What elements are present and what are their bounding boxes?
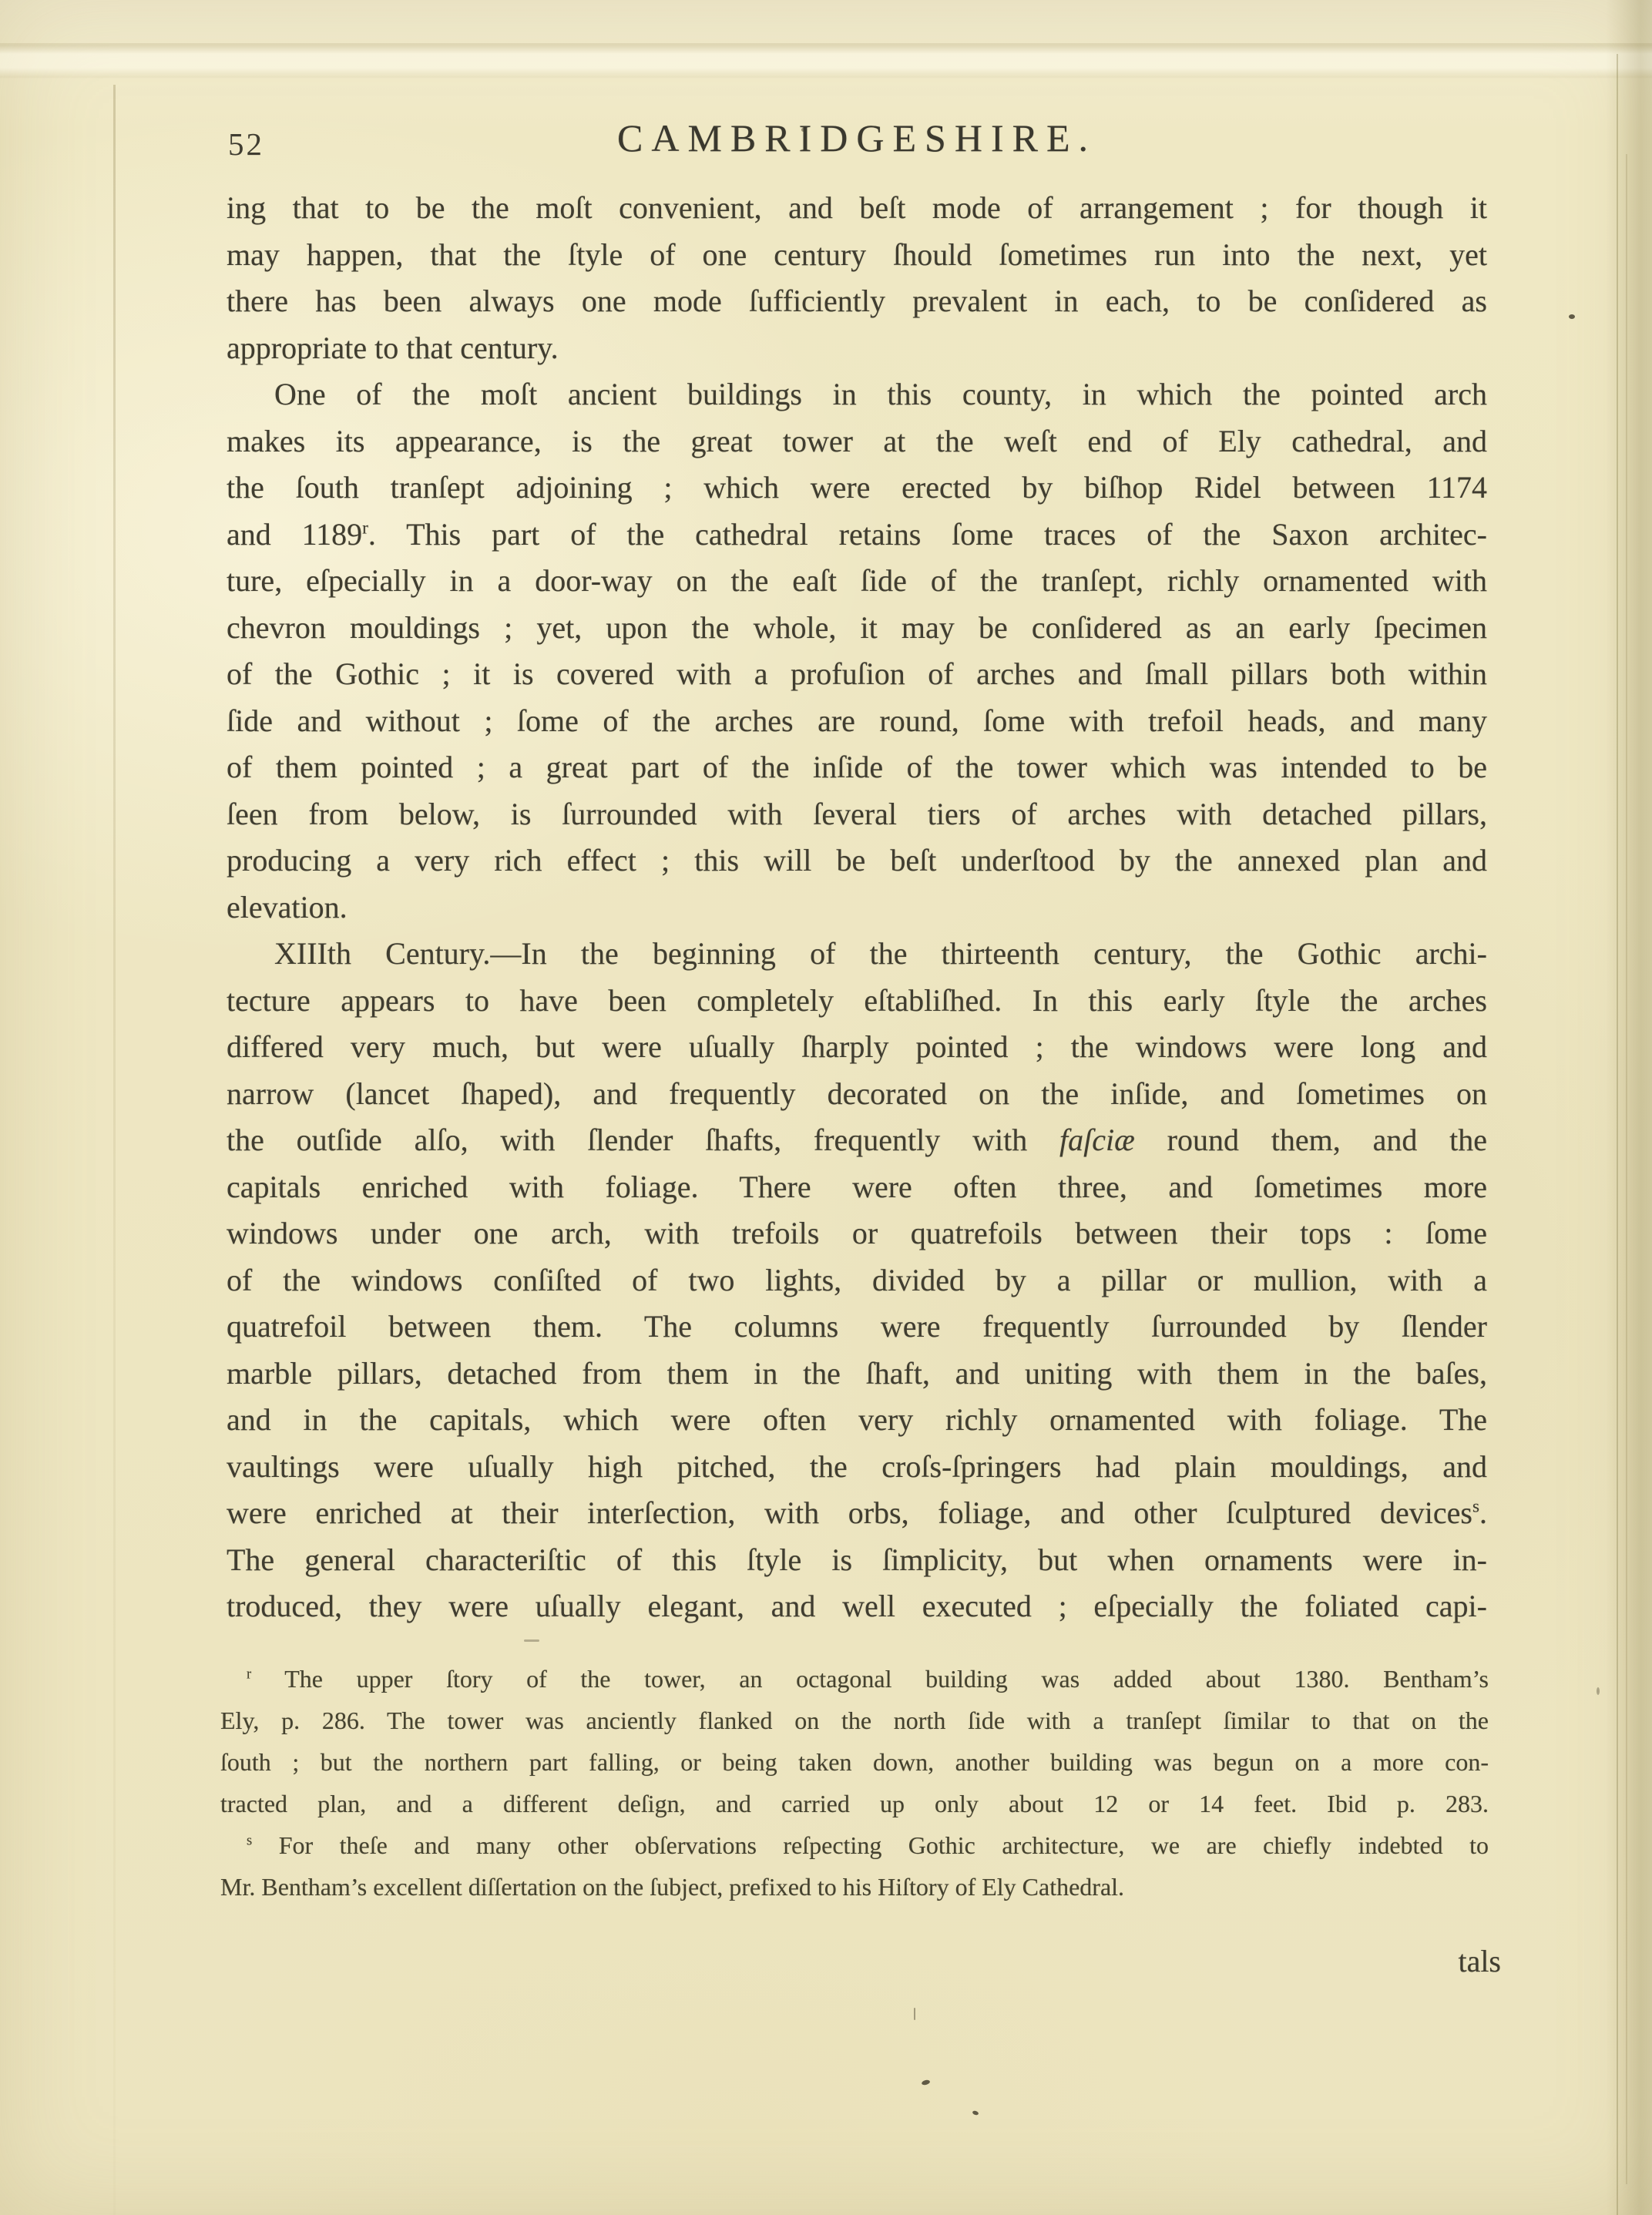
footnote: s For theſe and many other obſervations … <box>220 1824 1489 1908</box>
body-line: quatrefoil between them. The columns wer… <box>227 1304 1487 1351</box>
ink-speck <box>921 2079 930 2086</box>
body-line: ſeen from below, is ſurrounded with ſeve… <box>227 791 1487 838</box>
ink-speck <box>972 2110 979 2116</box>
footnote: r The upper ſtory of the tower, an octag… <box>220 1658 1489 1824</box>
footnotes: r The upper ſtory of the tower, an octag… <box>220 1658 1489 1908</box>
body-line: of the Gothic ; it is covered with a pro… <box>227 651 1487 698</box>
scan-crease-vertical <box>113 85 116 2215</box>
scan-edge-line <box>1626 154 1627 2184</box>
body-line: the ſouth tranſept adjoining ; which wer… <box>227 465 1487 512</box>
body-line: XIIIth Century.—In the beginning of the … <box>227 931 1487 978</box>
footnote-line: Ely, p. 286. The tower was anciently fla… <box>220 1700 1489 1741</box>
body-line: appropriate to that century. <box>227 325 1487 372</box>
footnote-line: r The upper ſtory of the tower, an octag… <box>220 1658 1489 1700</box>
paragraph: ing that to be the moſt convenient, and … <box>227 185 1487 371</box>
scan-edge-shadow <box>1606 0 1652 2215</box>
body-line: One of the moſt ancient buildings in thi… <box>227 371 1487 418</box>
ink-speck <box>1597 1687 1600 1695</box>
body-line: and in the capitals, which were often ve… <box>227 1397 1487 1444</box>
body-line: The general characteriſtic of this ſtyle… <box>227 1537 1487 1584</box>
paragraph: One of the moſt ancient buildings in thi… <box>227 371 1487 931</box>
body-line: there has been always one mode ſufficien… <box>227 278 1487 325</box>
body-line: and 1189r. This part of the cathedral re… <box>227 512 1487 559</box>
body-text: ing that to be the moſt convenient, and … <box>227 185 1487 1630</box>
body-line: makes its appearance, is the great tower… <box>227 418 1487 465</box>
ink-speck <box>1569 314 1575 319</box>
body-line: ing that to be the moſt convenient, and … <box>227 185 1487 232</box>
ink-speck <box>914 2008 915 2020</box>
body-line: windows under one arch, with trefoils or… <box>227 1210 1487 1257</box>
ink-speck <box>524 1639 539 1642</box>
body-line: tecture appears to have been completely … <box>227 978 1487 1025</box>
running-head-title: CAMBRIDGESHIRE. <box>227 116 1487 160</box>
scan-edge-line <box>1617 54 1618 2215</box>
body-line: the outſide alſo, with ſlender ſhafts, f… <box>227 1117 1487 1164</box>
body-line: capitals enriched with foliage. There we… <box>227 1164 1487 1211</box>
body-line: vaultings were uſually high pitched, the… <box>227 1444 1487 1491</box>
scan-crease-horizontal <box>0 43 1652 79</box>
body-line: differed very much, but were uſually ſha… <box>227 1024 1487 1071</box>
body-line: chevron mouldings ; yet, upon the whole,… <box>227 605 1487 652</box>
catchword: tals <box>1458 1943 1501 1979</box>
body-line: of the windows conſiſted of two lights, … <box>227 1257 1487 1304</box>
body-line: ſide and without ; ſome of the arches ar… <box>227 698 1487 745</box>
body-line: marble pillars, detached from them in th… <box>227 1351 1487 1398</box>
body-line: troduced, they were uſually elegant, and… <box>227 1583 1487 1630</box>
body-line: producing a very rich effect ; this will… <box>227 837 1487 884</box>
body-line: ture, eſpecially in a door-way on the ea… <box>227 558 1487 605</box>
body-line: were enriched at their interſection, wit… <box>227 1490 1487 1537</box>
footnote-line: tracted plan, and a different deſign, an… <box>220 1783 1489 1824</box>
body-line: elevation. <box>227 884 1487 931</box>
footnote-line: Mr. Bentham’s excellent diſſertation on … <box>220 1866 1489 1908</box>
footnote-line: s For theſe and many other obſervations … <box>220 1824 1489 1866</box>
book-page-scan: 52 CAMBRIDGESHIRE. ing that to be the mo… <box>0 0 1652 2215</box>
running-header: 52 CAMBRIDGESHIRE. <box>227 116 1487 171</box>
footnote-line: ſouth ; but the northern part falling, o… <box>220 1741 1489 1783</box>
body-line: of them pointed ; a great part of the in… <box>227 744 1487 791</box>
body-line: may happen, that the ſtyle of one centur… <box>227 232 1487 279</box>
paragraph: XIIIth Century.—In the beginning of the … <box>227 931 1487 1630</box>
body-line: narrow (lancet ſhaped), and frequently d… <box>227 1071 1487 1118</box>
